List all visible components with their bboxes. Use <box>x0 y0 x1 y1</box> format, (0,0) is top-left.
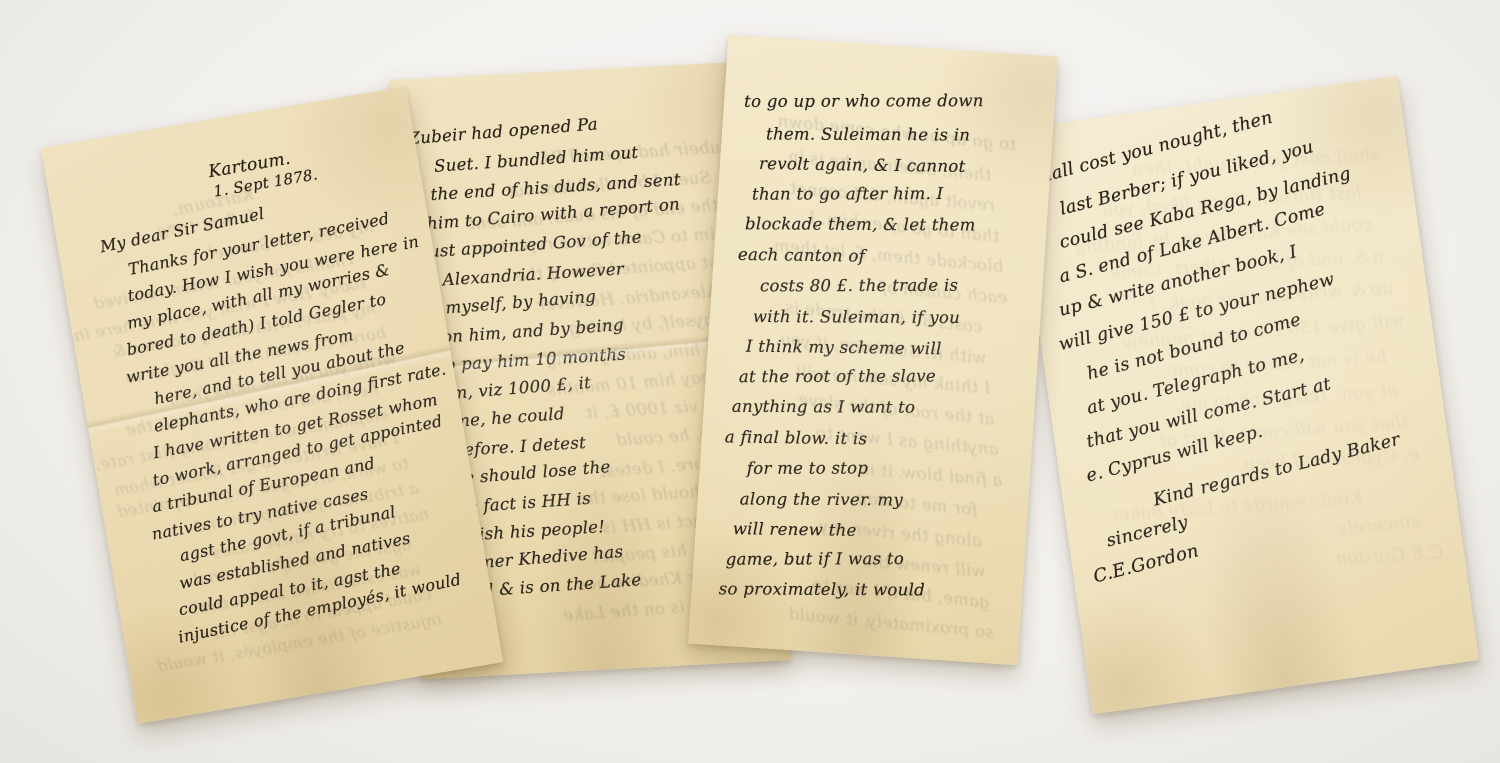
handwriting-line: blockade them, & let them <box>745 216 1042 234</box>
letter-page-4: shall cost you nought, thenlast Berber; … <box>1011 76 1479 715</box>
handwriting-line: so proximately, it would <box>719 581 1018 599</box>
handwriting-line: a final blow. it is <box>725 429 1028 450</box>
handwriting-line: than to go after him. I <box>752 185 1044 203</box>
handwriting-lines: to go up or who come downthem. Suleiman … <box>691 35 1058 618</box>
handwriting-line: to go up or who come down <box>744 93 1050 111</box>
photo-backdrop: Kartoum.1. Sept 1878.My dear Sir SamuelT… <box>0 0 1500 763</box>
handwriting-line: at the root of the slave <box>739 368 1032 386</box>
handwriting-line: costs 80 £. the trade is <box>760 277 1038 294</box>
handwriting-line: revolt again, & I cannot <box>759 156 1046 177</box>
handwriting-line: anything as I want to <box>732 399 1030 417</box>
handwriting-line: them. Suleiman he is in <box>766 126 1048 144</box>
handwriting-line: along the river. my <box>740 491 1024 509</box>
handwriting-line: with it. Suleiman, if you <box>753 308 1036 326</box>
handwriting-line: I think my scheme will <box>746 339 1034 360</box>
handwriting-line: will renew the <box>733 521 1022 542</box>
letter-page-3: to go up or who come downthem. Suleiman … <box>688 35 1058 666</box>
handwriting-line: for me to stop <box>747 460 1026 477</box>
handwriting-lines: shall cost you nought, thenlast Berber; … <box>1011 76 1462 590</box>
handwriting-line: game, but if I was to <box>726 550 1020 568</box>
handwriting-line: each canton of <box>738 246 1040 267</box>
